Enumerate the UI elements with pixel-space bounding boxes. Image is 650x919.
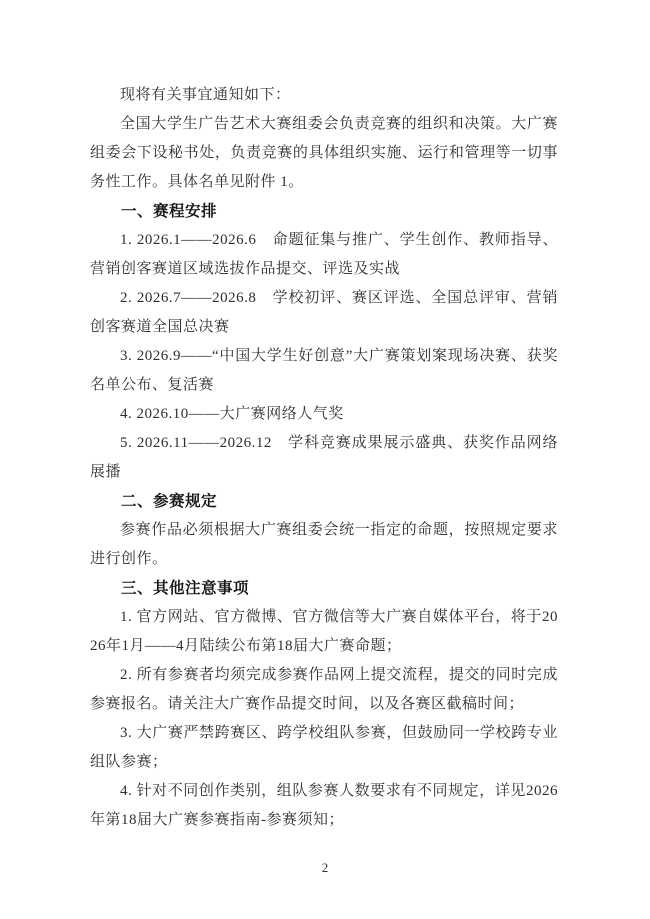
list-item: 4. 2026.10——大广赛网络人气奖 (90, 400, 558, 429)
paragraph: 参赛作品必须根据大广赛组委会统一指定的命题，按照规定要求进行创作。 (90, 516, 558, 574)
list-item: 2. 2026.7——2026.8 学校初评、赛区评选、全国总评审、营销创客赛道… (90, 284, 558, 342)
page-footer: 2 (0, 856, 650, 880)
page-number: 2 (322, 860, 329, 875)
paragraph: 现将有关事宜通知如下： (90, 81, 558, 110)
list-item: 1. 2026.1——2026.6 命题征集与推广、学生创作、教师指导、营销创客… (90, 226, 558, 284)
list-item: 4. 针对不同创作类别，组队参赛人数要求有不同规定，详见2026年第18届大广赛… (90, 777, 558, 835)
section-heading: 一、赛程安排 (90, 197, 558, 226)
list-item: 3. 大广赛严禁跨赛区、跨学校组队参赛，但鼓励同一学校跨专业组队参赛； (90, 719, 558, 777)
paragraph: 全国大学生广告艺术大赛组委会负责竞赛的组织和决策。大广赛组委会下设秘书处，负责竞… (90, 110, 558, 197)
section-heading: 二、参赛规定 (90, 487, 558, 516)
list-item: 1. 官方网站、官方微博、官方微信等大广赛自媒体平台，将于2026年1月——4月… (90, 603, 558, 661)
list-item: 2. 所有参赛者均须完成参赛作品网上提交流程，提交的同时完成参赛报名。请关注大广… (90, 661, 558, 719)
list-item: 5. 2026.11——2026.12 学科竞赛成果展示盛典、获奖作品网络展播 (90, 429, 558, 487)
list-item: 3. 2026.9——“中国大学生好创意”大广赛策划案现场决赛、获奖名单公布、复… (90, 342, 558, 400)
document-page: 现将有关事宜通知如下： 全国大学生广告艺术大赛组委会负责竞赛的组织和决策。大广赛… (0, 0, 650, 919)
document-body: 现将有关事宜通知如下： 全国大学生广告艺术大赛组委会负责竞赛的组织和决策。大广赛… (90, 81, 558, 835)
section-heading: 三、其他注意事项 (90, 574, 558, 603)
